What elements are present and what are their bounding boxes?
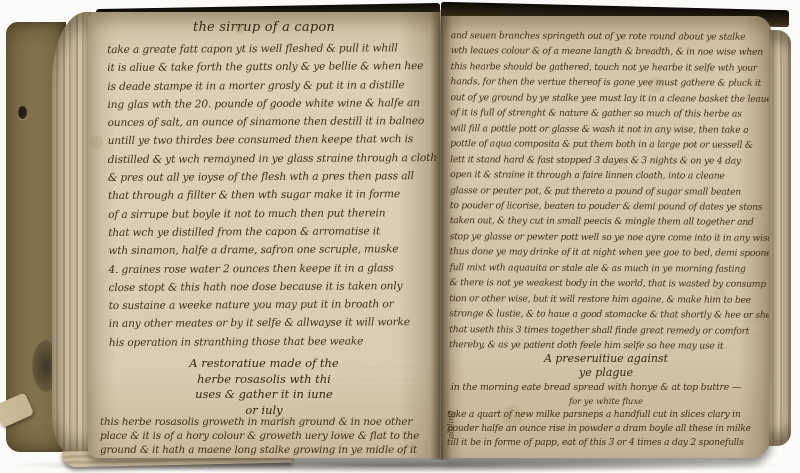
text-line: close stopt & this hath noe dose because…: [109, 277, 435, 297]
text-line: of it is full of strenght & nature & gat…: [450, 105, 768, 122]
text-line: his operation in stranthing those that b…: [109, 332, 435, 352]
recipe-title-capon-sirrup: the sirrup of a capon: [88, 20, 440, 35]
text-line: wth leaues colour & of a meane langth & …: [451, 44, 769, 61]
text-line: pottle of aqua composita & put them both…: [450, 136, 768, 153]
text-line: this herbe rosasolis groweth in marish g…: [100, 416, 436, 430]
text-line: stop ye glasse or pewter pott well so ye…: [450, 229, 768, 246]
page-edge-stack-right: [769, 30, 791, 446]
text-line: glasse or peuter pot, & put thereto a po…: [450, 183, 768, 200]
text-line: A restoratiue made of the: [88, 356, 440, 372]
text-line: of a sirrupe but boyle it not to much th…: [108, 204, 434, 224]
left-page-body-text: take a greate fatt capon yt is well fles…: [107, 39, 435, 352]
text-line: tion or other wise, but it will restore …: [449, 291, 767, 308]
text-line: stronge & lustie, & to haue a good stoma…: [449, 306, 767, 323]
text-line: is deade stampe it in a morter grosly & …: [107, 76, 433, 96]
text-line: and seuen branches springeth out of ye r…: [451, 28, 769, 45]
text-line: ground & it hath a maene long stalke gro…: [100, 444, 436, 458]
text-line: to sustaine a weeke nature you may put i…: [109, 295, 435, 315]
text-line: & pres out all ye ioyse of the flesh wth…: [108, 167, 434, 187]
text-line: that wch ye distilled from the capon & a…: [108, 222, 434, 242]
text-line: A preseruitiue against: [441, 352, 771, 366]
text-line: herbe rosasolis wth thi: [88, 372, 440, 388]
left-page: ~ ~ ~ ~ ~ ~ ~ ~ ~ ~ ~ ~ ~ ~ ~~ ~ ~ ~ ~ ~…: [88, 12, 440, 458]
right-page-body-text: and seuen branches springeth out of ye r…: [449, 28, 769, 354]
text-line: untill ye two thirdes bee consumed then …: [108, 130, 434, 150]
text-line: it is aliue & take forth the gutts only …: [107, 57, 433, 77]
text-line: ye plague: [441, 366, 771, 380]
text-line: thus done ye may drinke of it at night w…: [450, 245, 768, 262]
text-line: in any other meates or by it selfe & all…: [109, 313, 435, 333]
text-line: out of ye ground by ye stalke yee must l…: [450, 90, 768, 107]
text-line: take a quart of new milke parsneps a han…: [447, 408, 767, 422]
book-gutter-shadow: [430, 10, 452, 460]
text-line: will fill a pottle pott or glasse & wash…: [450, 121, 768, 138]
plague-remedy-line: in the morning eate bread spread with ho…: [451, 382, 765, 393]
text-line: taken out, & they cut in small peecis & …: [450, 214, 768, 231]
manuscript-photo: ~ ~ ~ ~ ~ ~ ~ ~ ~ ~ ~ ~ ~ ~ ~~ ~ ~ ~ ~ ~…: [0, 0, 800, 473]
text-line: till it be in forme of papp, eat of this…: [447, 436, 767, 450]
text-line: pouder halfe an ounce rise in powder a d…: [447, 422, 767, 436]
white-fluxe-recipe-text: take a quart of new milke parsneps a han…: [447, 408, 767, 450]
text-line: ounces of salt, an ounce of sinamone the…: [108, 112, 434, 132]
recipe-title-plague-preservative: A preseruitiue againstye plague: [441, 352, 771, 380]
text-line: to pouder of licorise, beaten to pouder …: [450, 198, 768, 215]
text-line: open it & straine it through a faire lin…: [450, 167, 768, 184]
text-line: ing glas wth the 20. pounde of goode whi…: [107, 94, 433, 114]
recipe-title-white-fluxe: for ye white fluxe: [441, 396, 771, 406]
cover-tie-hole: [18, 106, 27, 119]
text-line: this hearbe should be gathered, touch no…: [451, 59, 769, 76]
text-line: distilled & yt wch remayned in ye glass …: [108, 149, 434, 169]
text-line: place & it is of a hory colour & groweth…: [100, 430, 436, 444]
text-line: 4. graines rose water 2 ounces then keep…: [108, 259, 434, 279]
text-line: hands, for then the vertue thereof is go…: [451, 75, 769, 92]
text-line: take a greate fatt capon yt is well fles…: [107, 39, 433, 59]
text-line: & there is not ye weakest body in the wo…: [449, 275, 767, 292]
right-page: ~ ~ ~ ~ ~ ~ ~ ~ ~ ~ ~ ~~ ~ ~ ~ ~ ~ ~ ~ ~…: [441, 16, 771, 458]
text-line: uses & gather it in iune: [88, 387, 440, 403]
text-line: full mixt wth aquauita or stale ale & as…: [450, 260, 768, 277]
left-page-footer-text: this herbe rosasolis groweth in marish g…: [100, 416, 436, 457]
recipe-title-rosasolis-restorative: A restoratiue made of theherbe rosasolis…: [88, 356, 440, 418]
text-line: that through a fillter & then wth sugar …: [108, 185, 434, 205]
text-line: that useth this 3 times together shall f…: [449, 322, 767, 339]
text-line: lett it stand hard & fast stopped 3 daye…: [450, 152, 768, 169]
text-line: wth sinamon, halfe a drame, safron one s…: [108, 240, 434, 260]
